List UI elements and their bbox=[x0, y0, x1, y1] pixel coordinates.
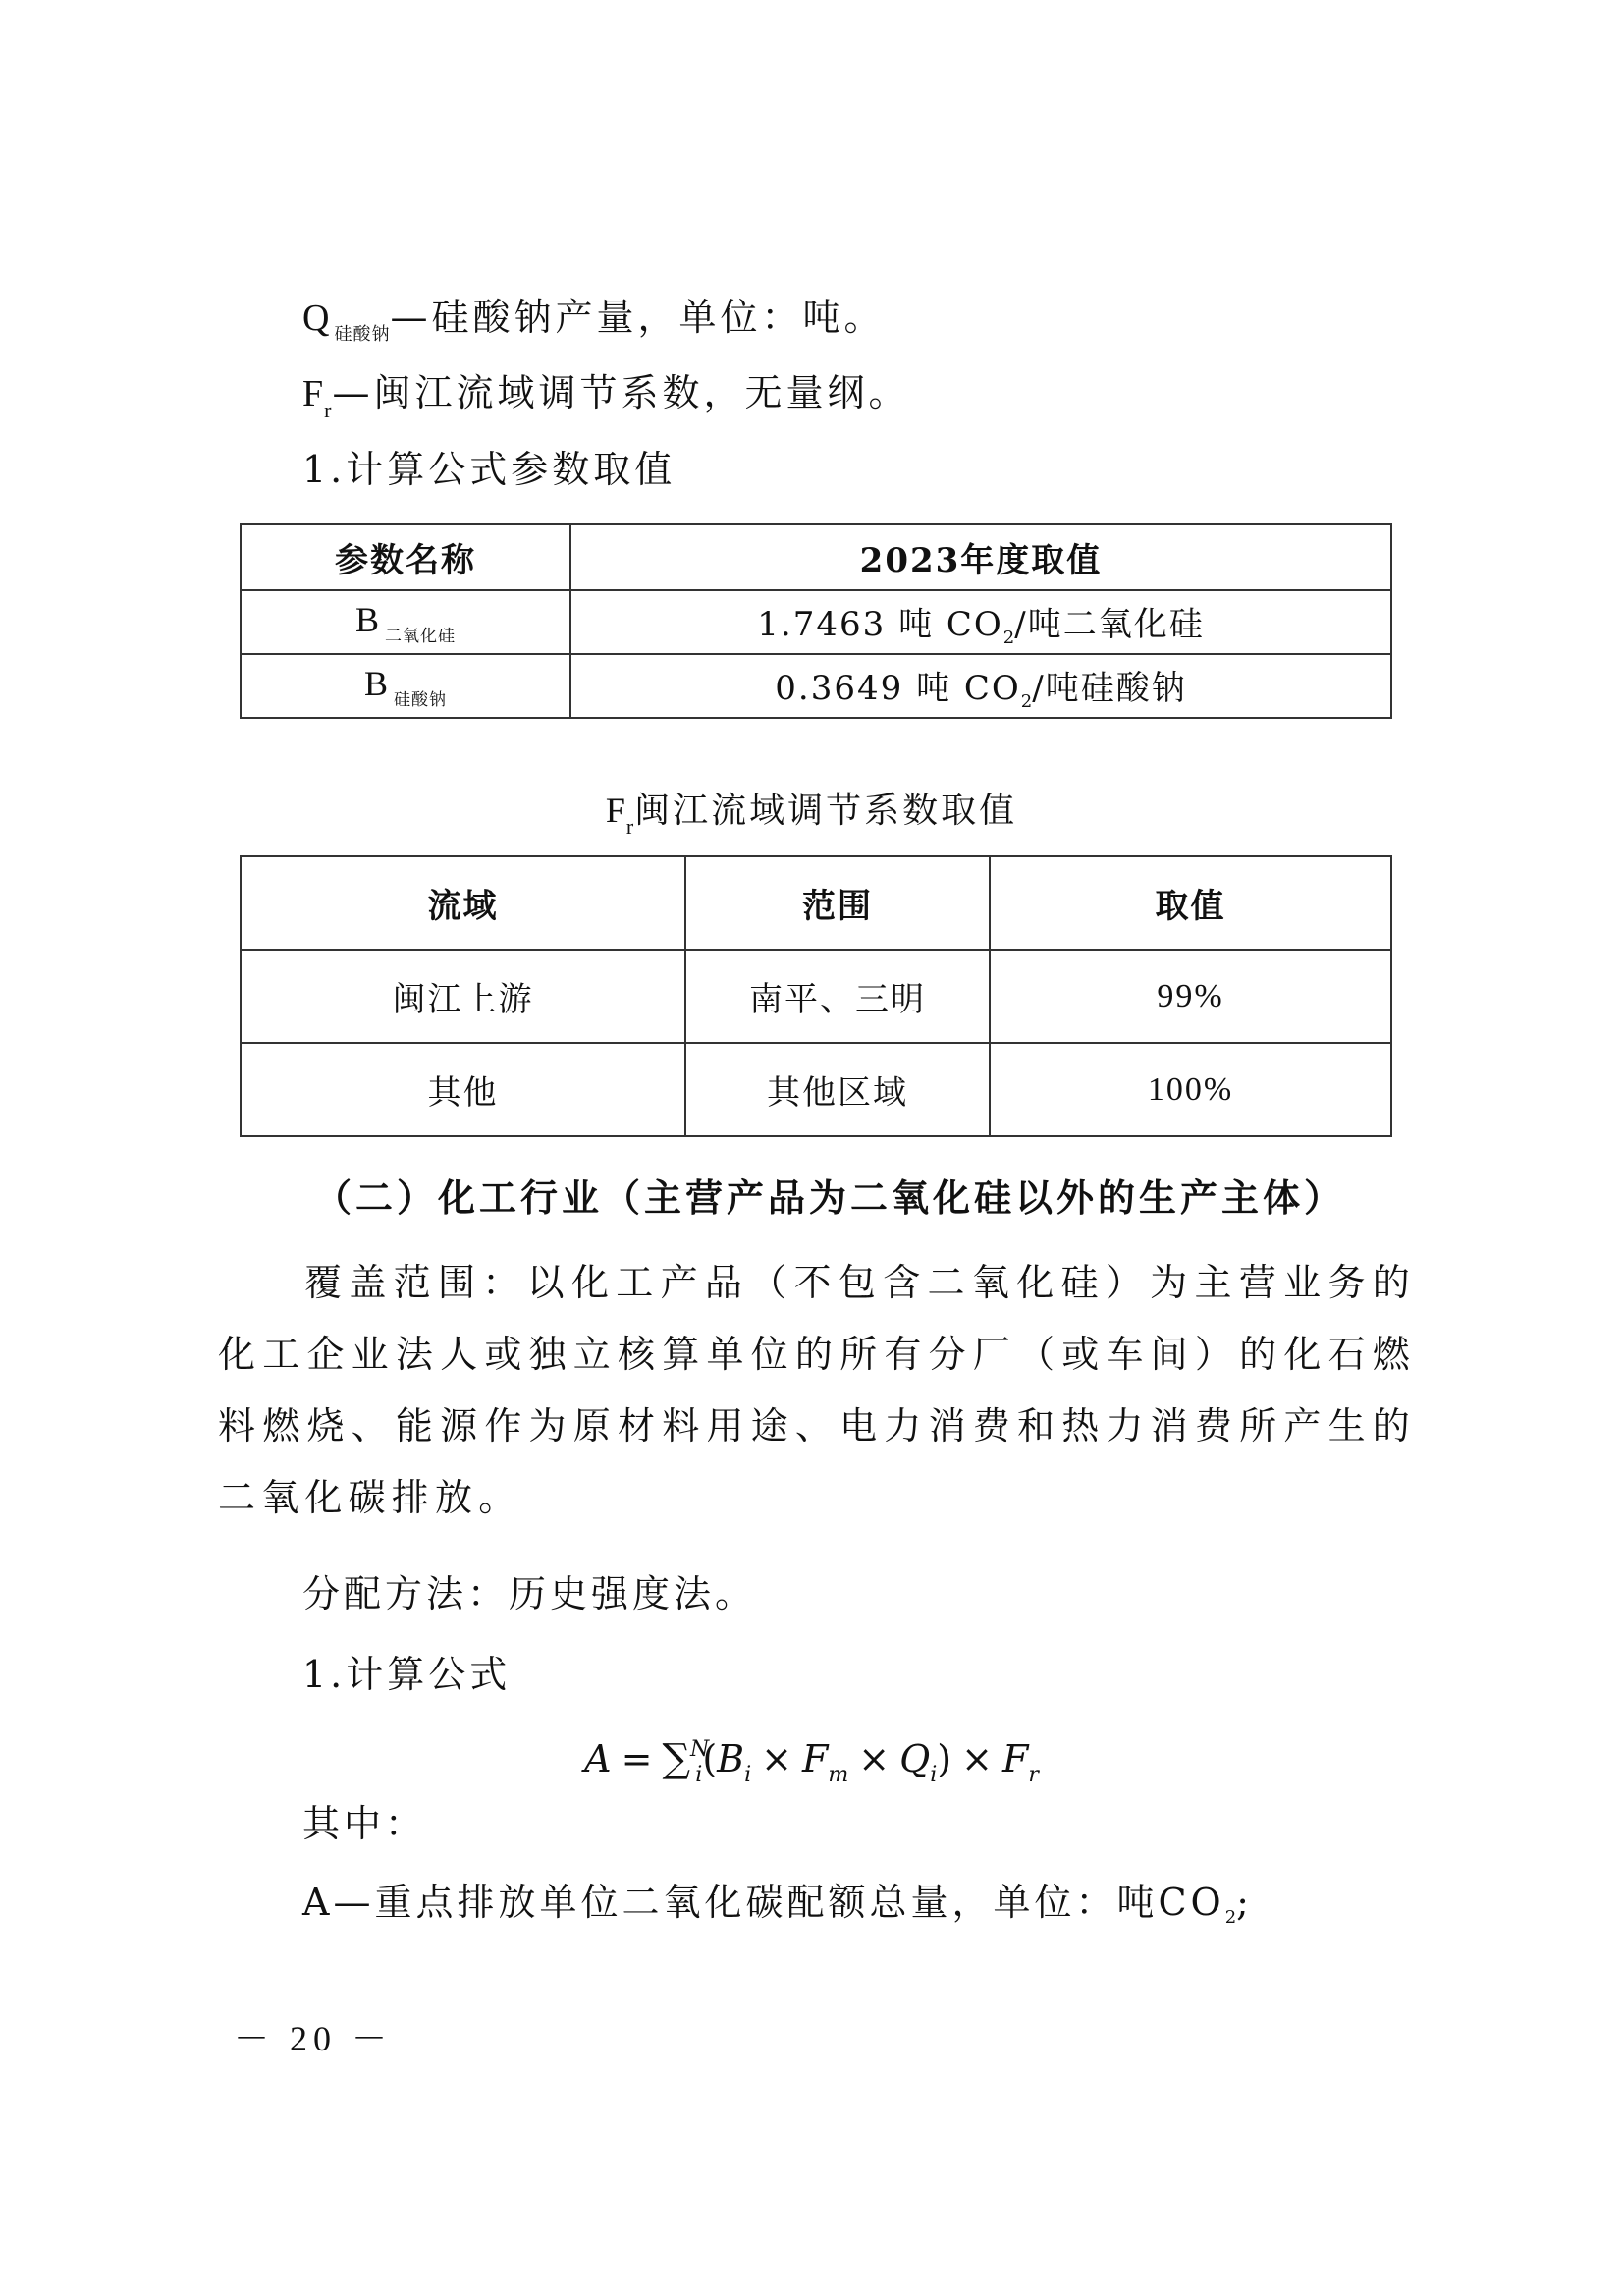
table-row: 其他 其他区域 100% bbox=[241, 1043, 1391, 1136]
table-header-row: 参数名称 2023年度取值 bbox=[241, 524, 1391, 590]
sum-symbol: ∑ bbox=[662, 1736, 690, 1781]
formula-f-sub: m bbox=[828, 1763, 848, 1787]
formula-q: Q bbox=[899, 1737, 930, 1780]
value-prefix: 0.3649 吨 CO bbox=[775, 669, 1020, 708]
page-number: － 20 － bbox=[234, 2011, 393, 2061]
allocation-method: 分配方法：历史强度法。 bbox=[302, 1569, 756, 1618]
formula-equals: = bbox=[622, 1737, 653, 1780]
section-title-params: 1.计算公式参数取值 bbox=[302, 445, 676, 494]
value-subscript: 2 bbox=[1021, 691, 1032, 712]
formula-title: 1.计算公式 bbox=[302, 1650, 511, 1699]
table-cell: 南平、三明 bbox=[685, 950, 990, 1043]
formula-b: B bbox=[717, 1737, 744, 1780]
symbol: F bbox=[302, 373, 324, 414]
table-row: B二氧化硅 1.7463 吨 CO2/吨二氧化硅 bbox=[241, 590, 1391, 654]
table-header-cell: 2023年度取值 bbox=[570, 524, 1391, 590]
definition-text: —硅酸钠产量，单位：吨。 bbox=[390, 296, 885, 339]
caption-text: 闽江流域调节系数取值 bbox=[634, 791, 1017, 831]
value-prefix: 1.7463 吨 CO bbox=[757, 605, 1002, 644]
symbol: B bbox=[355, 600, 381, 639]
formula-fr: F bbox=[1002, 1737, 1028, 1780]
table-row: 闽江上游 南平、三明 99% bbox=[241, 950, 1391, 1043]
allocation-formula: A=∑Ni(Bi×Fm×Qi)×Fr bbox=[0, 1721, 1623, 1805]
definition-a: A—重点排放单位二氧化碳配额总量，单位：吨CO2; bbox=[302, 1878, 1253, 1942]
definition-q-sodium-silicate: Q硅酸钠—硅酸钠产量，单位：吨。 bbox=[302, 293, 885, 359]
formula-f: F bbox=[802, 1737, 828, 1780]
paren-close: ) bbox=[937, 1737, 951, 1780]
symbol: F bbox=[606, 791, 626, 830]
value-suffix: /吨硅酸钠 bbox=[1032, 669, 1186, 708]
subscript: 二氧化硅 bbox=[385, 627, 456, 646]
times: × bbox=[761, 1737, 792, 1780]
subscript: 硅酸钠 bbox=[394, 690, 447, 710]
times: × bbox=[858, 1737, 890, 1780]
definition-text: —闽江流域调节系数，无量纲。 bbox=[332, 371, 909, 414]
param-value-cell: 1.7463 吨 CO2/吨二氧化硅 bbox=[570, 590, 1391, 654]
symbol: B bbox=[364, 664, 390, 703]
symbol: Q bbox=[302, 298, 330, 339]
value-suffix: /吨二氧化硅 bbox=[1014, 605, 1204, 644]
table-header-row: 流域 范围 取值 bbox=[241, 856, 1391, 950]
times: × bbox=[961, 1737, 993, 1780]
table-cell: 99% bbox=[990, 950, 1391, 1043]
section-heading-chemical: （二）化工行业（主营产品为二氧化硅以外的生产主体） bbox=[314, 1174, 1345, 1223]
definition-suffix: ; bbox=[1236, 1881, 1253, 1924]
table-header-cell: 参数名称 bbox=[241, 524, 570, 590]
table-cell: 其他 bbox=[241, 1043, 685, 1136]
formula-b-sub: i bbox=[744, 1763, 751, 1787]
value-subscript: 2 bbox=[1003, 628, 1014, 648]
table-row: B硅酸钠 0.3649 吨 CO2/吨硅酸钠 bbox=[241, 654, 1391, 718]
table-header-cell: 取值 bbox=[990, 856, 1391, 950]
table-header-cell: 流域 bbox=[241, 856, 685, 950]
formula-fr-sub: r bbox=[1028, 1763, 1039, 1787]
table-header-cell: 范围 bbox=[685, 856, 990, 950]
param-name-cell: B二氧化硅 bbox=[241, 590, 570, 654]
table-cell: 100% bbox=[990, 1043, 1391, 1136]
coverage-paragraph: 覆盖范围：以化工产品（不包含二氧化硅）为主营业务的化工企业法人或独立核算单位的所… bbox=[218, 1247, 1416, 1534]
subscript: 硅酸钠 bbox=[334, 324, 390, 345]
subscript: 2 bbox=[1225, 1907, 1236, 1928]
table-cell: 其他区域 bbox=[685, 1043, 990, 1136]
formula-lhs: A bbox=[584, 1737, 611, 1780]
subscript: r bbox=[626, 814, 634, 839]
where-label: 其中： bbox=[302, 1799, 426, 1848]
definition-text: A—重点排放单位二氧化碳配额总量，单位：吨CO bbox=[302, 1881, 1225, 1924]
definition-fr: Fr—闽江流域调节系数，无量纲。 bbox=[302, 368, 909, 435]
fr-table: 流域 范围 取值 闽江上游 南平、三明 99% 其他 其他区域 100% bbox=[240, 855, 1392, 1137]
param-name-cell: B硅酸钠 bbox=[241, 654, 570, 718]
param-value-cell: 0.3649 吨 CO2/吨硅酸钠 bbox=[570, 654, 1391, 718]
paren-open: ( bbox=[702, 1737, 717, 1780]
params-table: 参数名称 2023年度取值 B二氧化硅 1.7463 吨 CO2/吨二氧化硅 B… bbox=[240, 523, 1392, 719]
table-cell: 闽江上游 bbox=[241, 950, 685, 1043]
fr-table-caption: Fr闽江流域调节系数取值 bbox=[0, 786, 1623, 851]
